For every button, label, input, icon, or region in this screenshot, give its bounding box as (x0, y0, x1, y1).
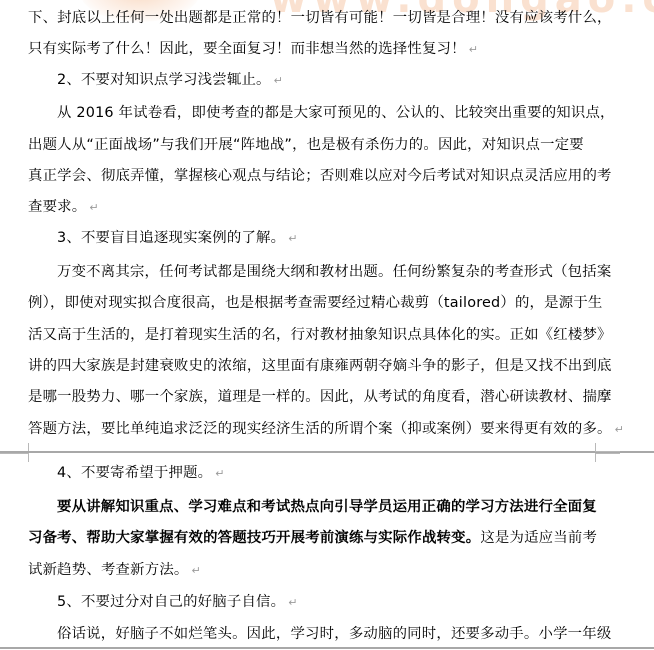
page-corner-mark-icon (595, 453, 620, 462)
line-text: 讲的四大家族是封建衰败史的浓缩，这里面有康雍两朝夺嫡斗争的影子，但是又找不出到底 (28, 358, 612, 374)
text-line: 下、封底以上任何一处出题都是正常的！一切皆有可能！一切皆是合理！没有应该考什么， (28, 8, 600, 28)
bottom-border (0, 647, 654, 649)
text-line: 从 2016 年试卷看，即使考查的都是大家可预见的、公认的、比较突出重要的知识点… (57, 103, 629, 123)
page-corner-mark-icon (0, 453, 29, 462)
line-text: 出题人从“正面战场”与我们开展“阵地战”，也是极有杀伤力的。因此，对知识点一定要 (28, 137, 584, 153)
text-line: 万变不离其宗，任何考试都是围绕大纲和教材出题。任何纷繁复杂的考查形式（包括案 (57, 262, 629, 282)
line-text: 4、不要寄希望于押题。 (57, 465, 212, 481)
line-text: 2、不要对知识点学习浅尝辄止。 (57, 72, 271, 88)
text-line: 试新趋势、考查新方法。↵ (28, 560, 600, 580)
line-text: 真正学会、彻底弄懂，掌握核心观点与结论；否则难以应对今后考试对知识点灵活应用的考 (28, 168, 612, 184)
text-line: 出题人从“正面战场”与我们开展“阵地战”，也是极有杀伤力的。因此，对知识点一定要 (28, 135, 600, 155)
paragraph-mark-icon: ↵ (215, 467, 224, 480)
paragraph-mark-icon: ↵ (288, 596, 297, 609)
paragraph-mark-icon: ↵ (615, 423, 624, 436)
paragraph-mark-icon: ↵ (469, 43, 478, 56)
line-text: 俗话说，好脑子不如烂笔头。因此，学习时，多动脑的同时，还要多动手。小学一年级 (57, 626, 611, 642)
text-line: 是哪一股势力、哪一个家族，道理是一样的。因此，从考试的角度看，潜心研读教材、揣摩 (28, 387, 600, 407)
section-heading-3: 3、不要盲目追逐现实案例的了解。↵ (57, 228, 629, 248)
section-heading-5: 5、不要过分对自己的好脑子自信。↵ (57, 592, 629, 612)
line-text: 3、不要盲目追逐现实案例的了解。 (57, 230, 285, 246)
paragraph-mark-icon: ↵ (274, 74, 283, 87)
line-text: 只有实际考了什么！因此，要全面复习！而非想当然的选择性复习！ (28, 41, 466, 57)
page-break-divider (0, 451, 654, 453)
text-line: 习备考、帮助大家掌握有效的答题技巧开展考前演练与实际作战转变。这是为适应当前考 (28, 528, 600, 548)
line-text: 活又高于生活的，是打着现实生活的名，行对教材抽象知识点具体化的实。正如《红楼梦》 (28, 327, 612, 343)
line-text: 5、不要过分对自己的好脑子自信。 (57, 594, 285, 610)
paragraph-mark-icon: ↵ (192, 564, 201, 577)
page-corner-mark-icon (595, 443, 620, 452)
paragraph-mark-icon: ↵ (288, 232, 297, 245)
text-line: 活又高于生活的，是打着现实生活的名，行对教材抽象知识点具体化的实。正如《红楼梦》 (28, 325, 600, 345)
line-text: 是哪一股势力、哪一个家族，道理是一样的。因此，从考试的角度看，潜心研读教材、揣摩 (28, 389, 612, 405)
line-text: 从 2016 年试卷看，即使考查的都是大家可预见的、公认的、比较突出重要的知识点… (57, 105, 615, 121)
line-text: 试新趋势、考查新方法。 (28, 562, 189, 578)
line-text: 答题方法，要比单纯追求泛泛的现实经济生活的所谓个案（抑或案例）要来得更有效的多。 (28, 421, 612, 437)
text-line: 答题方法，要比单纯追求泛泛的现实经济生活的所谓个案（抑或案例）要来得更有效的多。… (28, 419, 600, 439)
bold-text: 习备考、帮助大家掌握有效的答题技巧开展考前演练与实际作战转变。 (28, 530, 480, 546)
line-text: 这是为适应当前考 (480, 530, 597, 546)
text-line: 真正学会、彻底弄懂，掌握核心观点与结论；否则难以应对今后考试对知识点灵活应用的考 (28, 166, 600, 186)
text-line: 查要求。↵ (28, 197, 600, 217)
line-text: 查要求。 (28, 199, 86, 215)
section-heading-2: 2、不要对知识点学习浅尝辄止。↵ (57, 70, 629, 90)
section-heading-4: 4、不要寄希望于押题。↵ (57, 463, 629, 483)
line-text: 要从讲解知识重点、学习难点和考试热点向引导学员运用正确的学习方法进行全面复 (57, 499, 597, 515)
paragraph-mark-icon: ↵ (89, 201, 98, 214)
text-line: 俗话说，好脑子不如烂笔头。因此，学习时，多动脑的同时，还要多动手。小学一年级 (57, 624, 629, 644)
text-line: 只有实际考了什么！因此，要全面复习！而非想当然的选择性复习！↵ (28, 39, 600, 59)
text-line: 例），即使对现实拟合度很高，也是根据考查需要经过精心裁剪（tailored）的，… (28, 293, 600, 313)
line-text: 例），即使对现实拟合度很高，也是根据考查需要经过精心裁剪（tailored）的，… (28, 295, 603, 311)
bold-text-line: 要从讲解知识重点、学习难点和考试热点向引导学员运用正确的学习方法进行全面复 (57, 497, 629, 517)
line-text: 万变不离其宗，任何考试都是围绕大纲和教材出题。任何纷繁复杂的考查形式（包括案 (57, 264, 611, 280)
line-text: 下、封底以上任何一处出题都是正常的！一切皆有可能！一切皆是合理！没有应该考什么， (28, 10, 612, 26)
text-line: 讲的四大家族是封建衰败史的浓缩，这里面有康雍两朝夺嫡斗争的影子，但是又找不出到底 (28, 356, 600, 376)
